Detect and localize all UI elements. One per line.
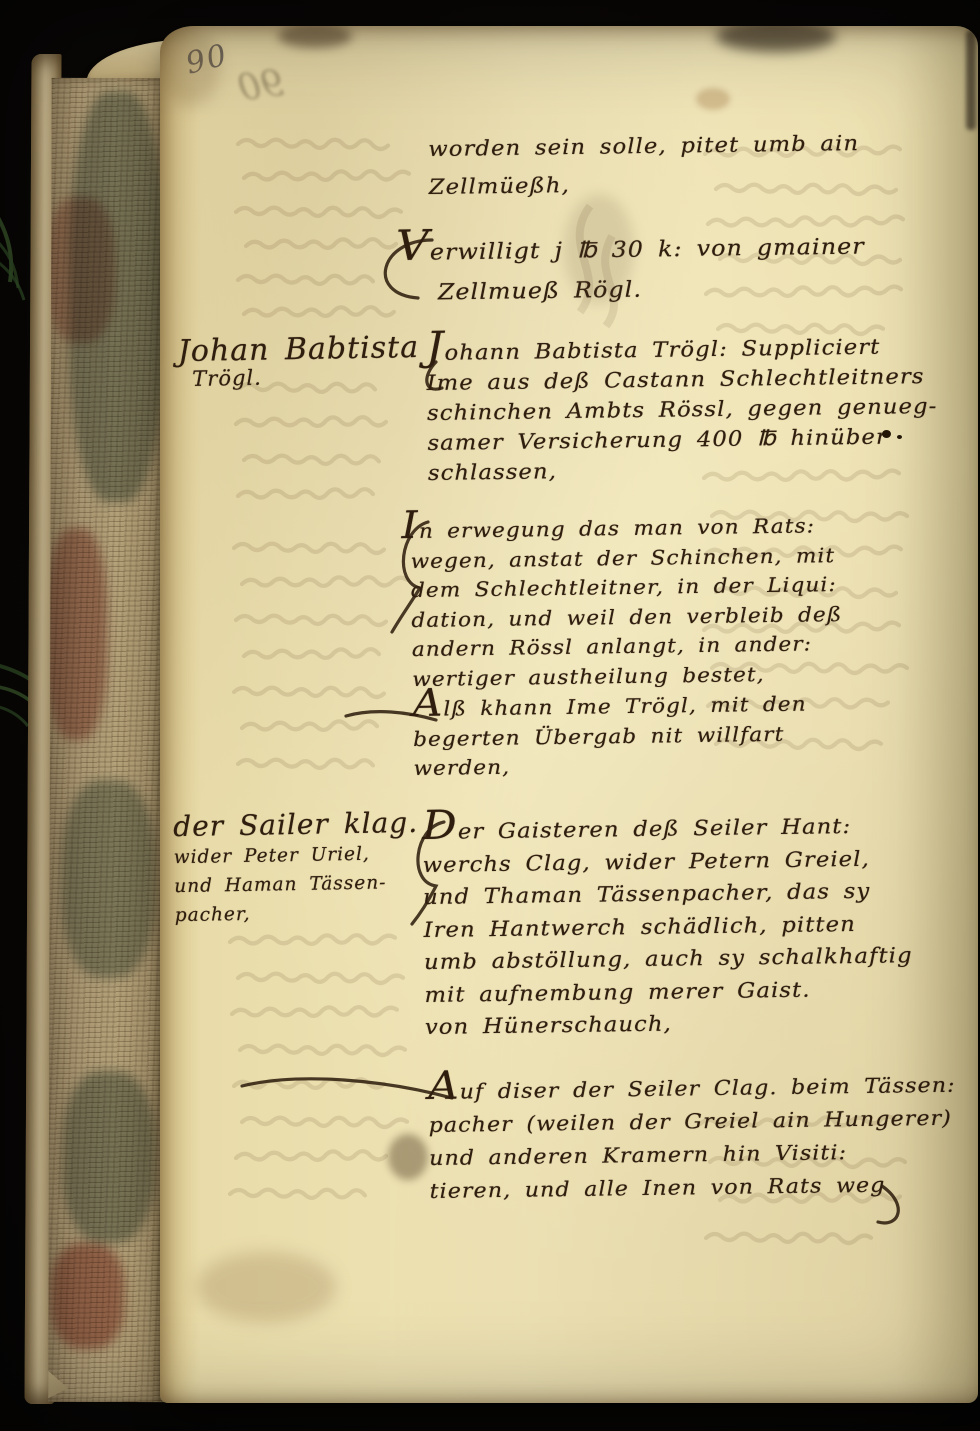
page-crease [966, 30, 976, 130]
margin-title: der Sailer klag. [173, 806, 418, 843]
book-fore-edge [48, 78, 169, 1402]
marginal-heading-troegl: Johan Babtista Trögl. [178, 330, 420, 391]
text-line: andern Rössl anlangt, in ander: [412, 629, 843, 665]
manuscript-photograph: 90 90 worden sein solle, pitet umb ain Z… [0, 0, 980, 1431]
text-line: von Hünerschauch, [425, 1004, 914, 1043]
margin-name: Johan Babtista [178, 330, 420, 369]
text-line: Zellmüeßh, [429, 162, 860, 206]
text-line: Verwilligt j ℔ 30 k: von gmainer [396, 227, 865, 274]
edge-stain-dark [716, 26, 836, 52]
folio-number-ghost: 90 [235, 63, 286, 110]
text-line: werden, [413, 748, 844, 784]
margin-line: pacher, [175, 897, 420, 930]
edge-stain-red [48, 528, 107, 740]
page-corner-fold [48, 1354, 68, 1402]
entry-continuation-text: worden sein solle, pitet umb ain Zellmüe… [428, 124, 860, 206]
edge-stain-teal [63, 1071, 155, 1243]
foxing-spot [696, 88, 730, 110]
sailer-complaint-text: Der Gaisteren deß Seiler Hant: werchs Cl… [422, 809, 914, 1043]
margin-line: wider Peter Uriel, [174, 839, 419, 872]
ink-smudge [278, 26, 352, 48]
margin-line: und Haman Tässen- [174, 868, 419, 901]
manuscript-page: 90 90 worden sein solle, pitet umb ain Z… [160, 26, 978, 1403]
paper-stain [196, 1252, 336, 1322]
text-line: umb abstöllung, auch sy schalkhaftig [424, 939, 913, 978]
troegl-decision-text: In erwegung das man von Rats: wegen, ans… [410, 510, 845, 783]
text-line: worden sein solle, pitet umb ain [428, 124, 859, 168]
ink-smudge [388, 1134, 428, 1180]
troegl-petition-text: Johann Babtista Trögl: Suppliciert Ime a… [426, 331, 938, 488]
edge-stain-red [48, 197, 115, 343]
text-line: tieren, und alle Inen von Rats weg [429, 1168, 957, 1208]
text-line: begerten Übergab nit willfart [413, 718, 844, 754]
text-line: schlassen, [428, 451, 939, 488]
margin-surname: Trögl. [192, 363, 420, 391]
marginal-heading-sailer: der Sailer klag. wider Peter Uriel, und … [173, 806, 420, 930]
sailer-decision-text: Auf diser der Seiler Clag. beim Tässen: … [428, 1069, 957, 1208]
resolution-text: Verwilligt j ℔ 30 k: von gmainer Zellmue… [396, 227, 866, 314]
text-line: Zellmueß Rögl. [438, 267, 866, 313]
edge-stain-teal [61, 780, 156, 979]
edge-stain-red [51, 1243, 124, 1349]
folio-number: 90 [182, 37, 231, 81]
